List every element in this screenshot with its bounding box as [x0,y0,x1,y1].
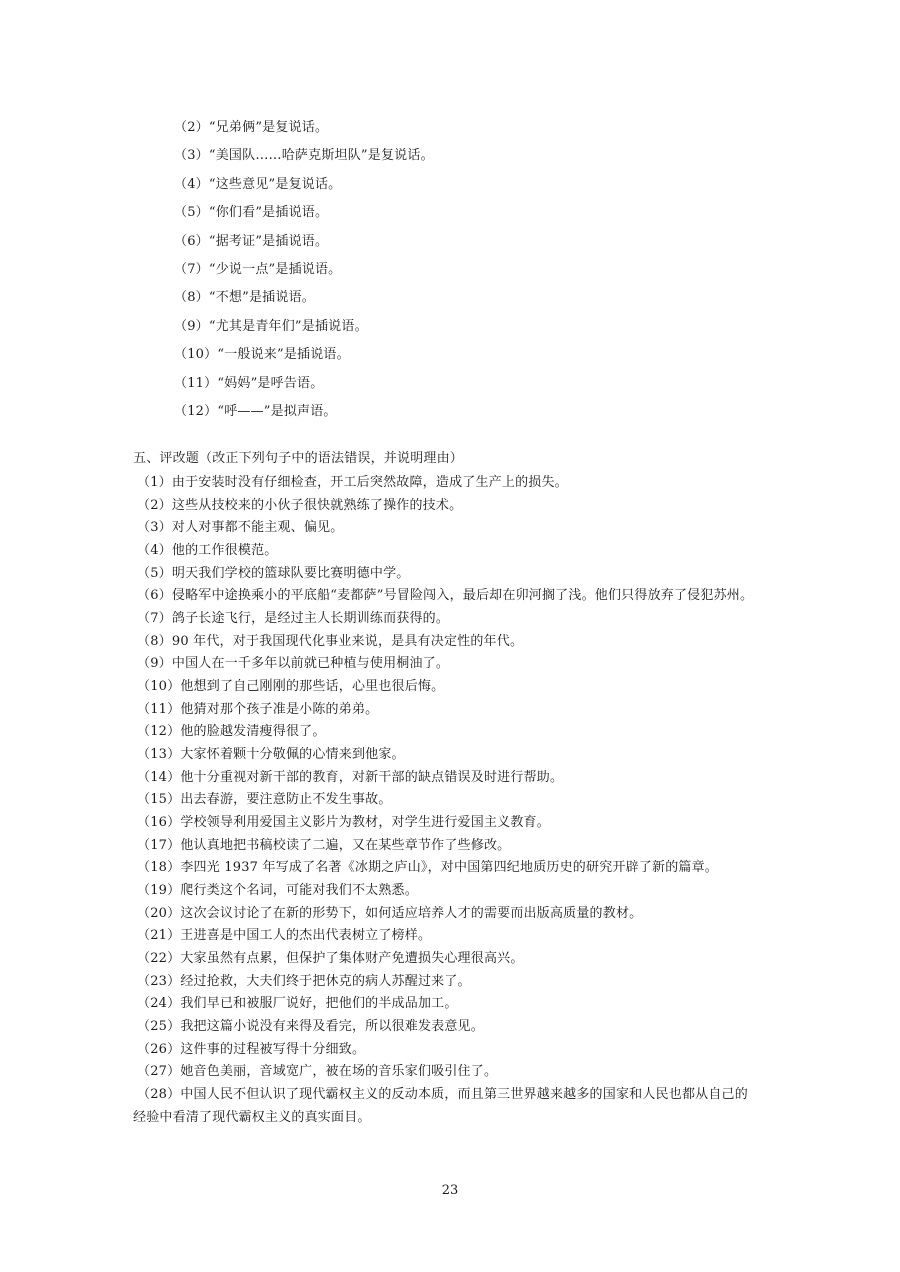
exercise-item: （14）他十分重视对新干部的教育，对新干部的缺点错误及时进行帮助。 [137,770,563,786]
answer-item: （8）“不想”是插说语。 [174,290,315,306]
answer-item: （11）“妈妈”是呼告语。 [174,376,323,392]
exercise-item: （26）这件事的过程被写得十分细致。 [137,1042,365,1058]
exercise-item: （9）中国人在一千多年以前就已种植与使用桐油了。 [137,656,449,672]
exercise-item: （27）她音色美丽，音域宽广，被在场的音乐家们吸引住了。 [137,1064,497,1080]
answer-item: （6）“据考证”是插说语。 [174,234,328,250]
exercise-item: （12）他的脸越发清瘦得很了。 [137,724,326,740]
exercise-item: （18）李四光 1937 年写成了名著《冰期之庐山》，对中国第四纪地质历史的研究… [137,860,718,876]
exercise-item: （28）中国人民不但认识了现代霸权主义的反动本质，而且第三世界越来越多的国家和人… [137,1087,748,1103]
answer-item: （4）“这些意见”是复说话。 [174,177,341,193]
page-number: 23 [0,1183,900,1199]
exercise-item: （8）90 年代，对于我国现代化事业来说，是具有决定性的年代。 [137,634,523,650]
section-heading: 五、评改题（改正下列句子中的语法错误，并说明理由） [133,451,463,467]
exercise-item: （17）他认真地把书稿校读了二遍，又在某些章节作了些修改。 [137,838,510,854]
exercise-item: （24）我们早已和被服厂说好，把他们的半成品加工。 [137,996,458,1012]
exercise-item: （6）侵略军中途换乘小的平底船“麦都萨”号冒险闯入，最后却在卯河搁了浅。他们只得… [137,588,753,604]
exercise-item: （2）这些从技校来的小伙子很快就熟练了操作的技术。 [137,498,462,514]
exercise-item-continuation: 经验中看清了现代霸权主义的真实面目。 [133,1110,371,1126]
exercise-item: （11）他猜对那个孩子准是小陈的弟弟。 [137,702,378,718]
answer-item: （7）“少说一点”是插说语。 [174,262,341,278]
exercise-item: （21）王进喜是中国工人的杰出代表树立了榜样。 [137,928,431,944]
answer-item: （5）“你们看”是插说语。 [174,205,328,221]
answer-item: （10）“一般说来”是插说语。 [174,347,350,363]
exercise-item: （5）明天我们学校的篮球队要比赛明德中学。 [137,566,409,582]
answer-item: （12）“呼——”是拟声语。 [174,404,337,420]
exercise-item: （22）大家虽然有点累，但保护了集体财产免遭损失心理很高兴。 [137,951,524,967]
exercise-item: （19）爬行类这个名词，可能对我们不太熟悉。 [137,883,418,899]
exercise-item: （3）对人对事都不能主观、偏见。 [137,520,343,536]
exercise-item: （1）由于安装时没有仔细检查，开工后突然故障，造成了生产上的损失。 [137,475,568,491]
exercise-item: （15）出去春游，要注意防止不发生事故。 [137,792,392,808]
exercise-item: （13）大家怀着颗十分敬佩的心情来到他家。 [137,747,405,763]
exercise-item: （10）他想到了自己刚刚的那些话，心里也很后悔。 [137,679,444,695]
exercise-item: （25）我把这篇小说没有来得及看完，所以很难发表意见。 [137,1019,484,1035]
answer-item: （9）“尤其是青年们”是插说语。 [174,319,368,335]
exercise-item: （16）学校领导利用爱国主义影片为教材，对学生进行爱国主义教育。 [137,815,550,831]
exercise-item: （4）他的工作很模范。 [137,543,277,559]
answer-item: （2）“兄弟俩”是复说话。 [174,120,328,136]
document-page: （2）“兄弟俩”是复说话。 （3）“美国队……哈萨克斯坦队”是复说话。 （4）“… [0,0,900,1272]
answer-item: （3）“美国队……哈萨克斯坦队”是复说话。 [174,148,434,164]
exercise-item: （20）这次会议讨论了在新的形势下，如何适应培养人才的需要而出版高质量的教材。 [137,906,642,922]
exercise-item: （7）鸽子长途飞行，是经过主人长期训练而获得的。 [137,611,449,627]
exercise-item: （23）经过抢救，大夫们终于把休克的病人苏醒过来了。 [137,974,471,990]
